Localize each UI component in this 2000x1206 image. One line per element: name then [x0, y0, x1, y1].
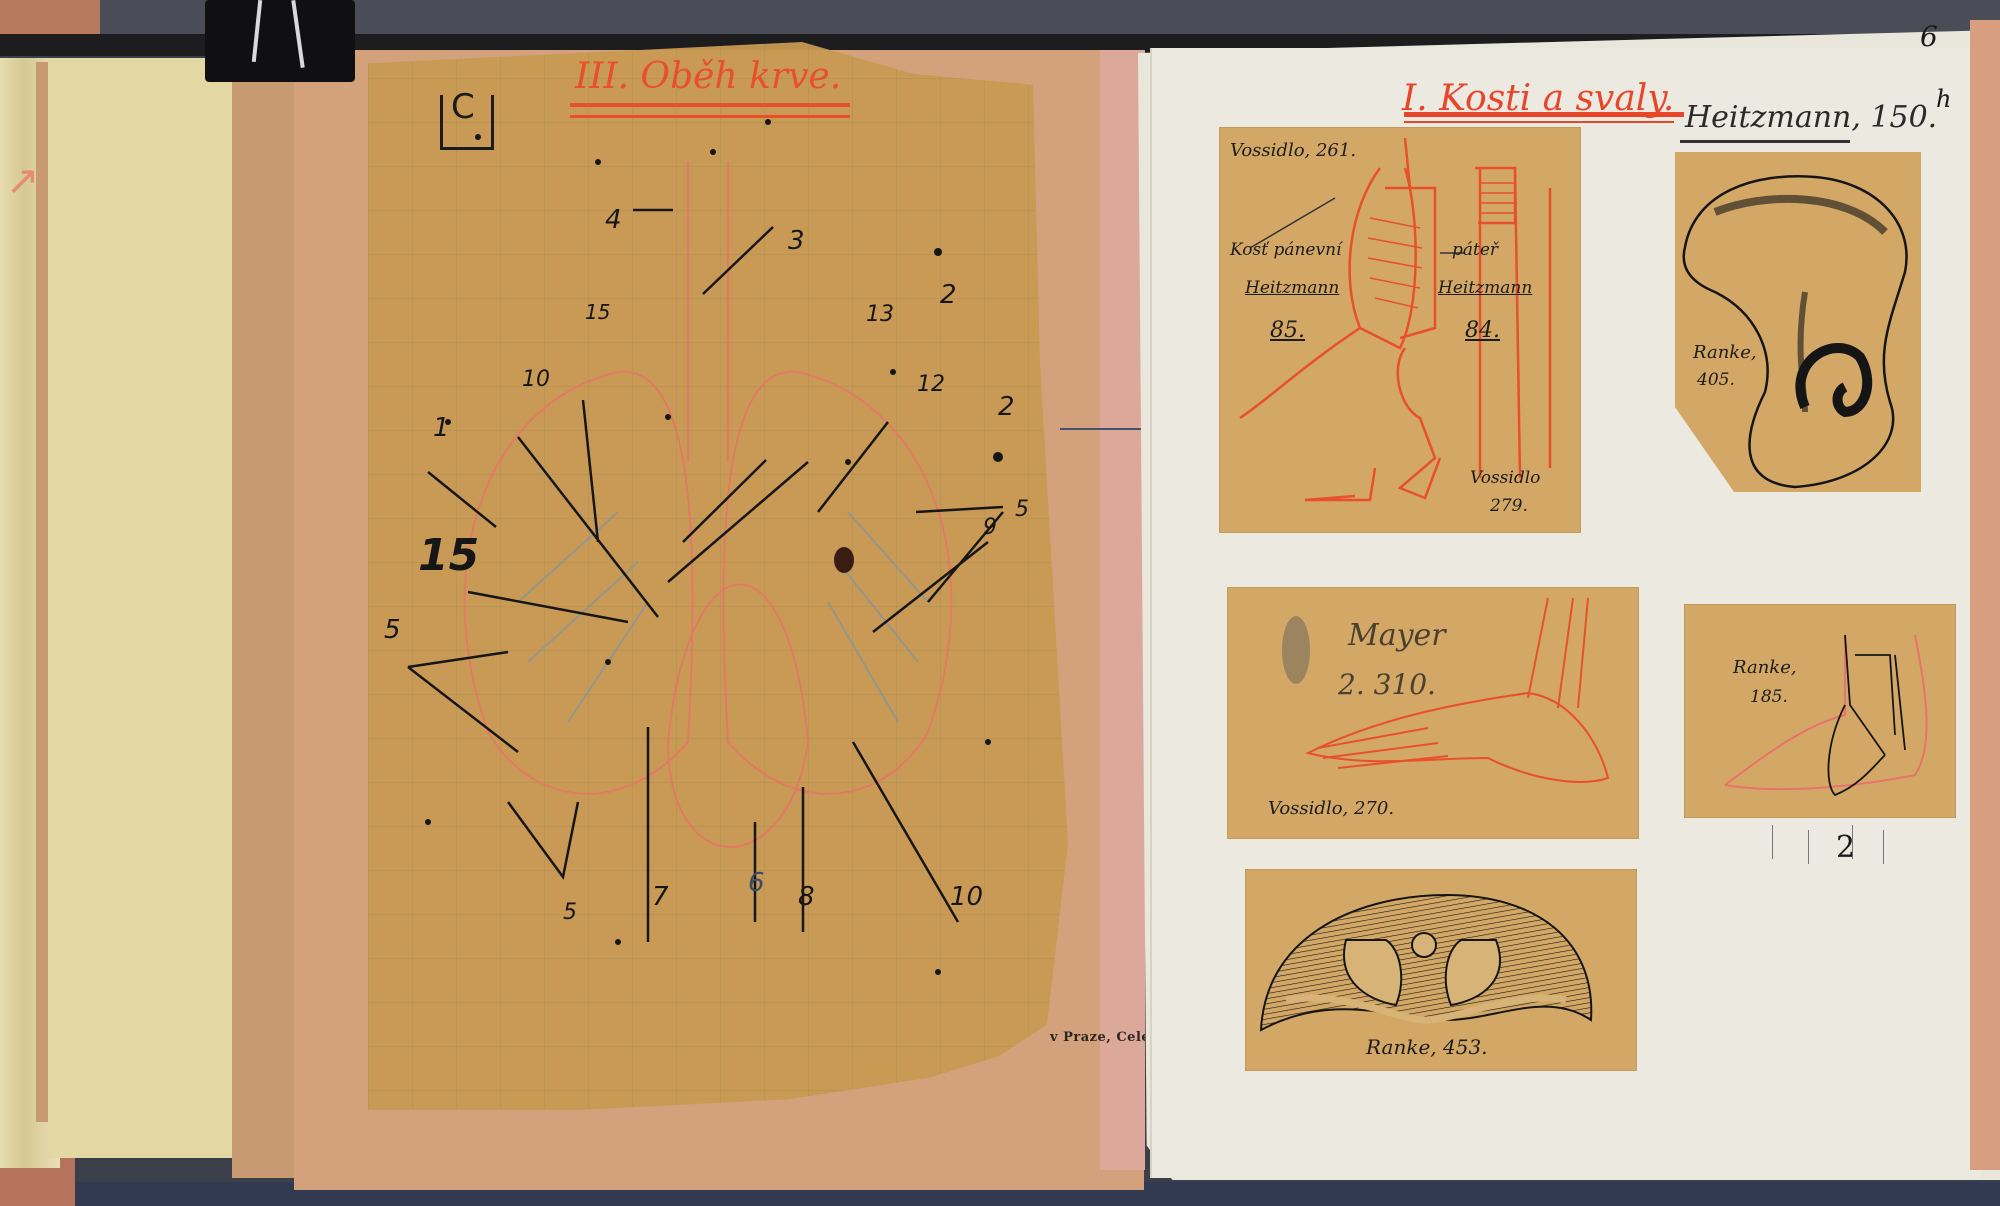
cream-page — [48, 58, 238, 1158]
card-foot-ranke: Ranke, 185. — [1685, 605, 1955, 817]
next-page-edge — [1970, 20, 2000, 1170]
card-label: Heitzmann — [1245, 278, 1339, 298]
callout-label: 4 — [605, 205, 622, 235]
kraft-flap — [232, 60, 296, 1178]
foot-bones-drawing — [1685, 605, 1955, 817]
callout-label: 10 — [522, 367, 550, 392]
card-label: 84. — [1465, 318, 1500, 343]
header-reference: Heitzmann, 150. — [1685, 100, 1937, 135]
callout-label: 10 — [950, 882, 983, 912]
kraft-page-gutter — [1100, 50, 1145, 1170]
card-label: Mayer — [1348, 618, 1446, 653]
card-label: 185. — [1750, 687, 1788, 707]
binder-clip — [205, 0, 355, 82]
pencil-tick — [1772, 825, 1773, 859]
card-label: 279. — [1490, 496, 1528, 516]
card-label: Vossidlo, 270. — [1268, 798, 1394, 819]
callout-label: 2 — [998, 392, 1015, 422]
section-letter-box: C — [440, 95, 494, 150]
title-underline — [1404, 112, 1684, 117]
title-underline — [570, 103, 850, 107]
callout-label: 9 — [983, 515, 997, 540]
card-skeleton: Vossidlo, 261. Kosť pánevní Heitzmann 85… — [1220, 128, 1580, 532]
sheet-title: III. Oběh krve. — [575, 56, 841, 97]
plate-number: 2 — [1836, 830, 1855, 865]
wood-surface-top — [0, 0, 100, 34]
title-underline — [1404, 121, 1674, 123]
callout-label: 15 — [585, 300, 610, 324]
callout-label: 1 — [433, 413, 450, 443]
pelvis-drawing — [1675, 152, 1921, 492]
page-number-secondary: h — [1936, 85, 1951, 113]
callout-label: 5 — [384, 615, 401, 645]
reference-underline — [1680, 140, 1850, 143]
red-arrow-mark: ↗ — [6, 158, 40, 204]
card-label: Ranke, — [1693, 342, 1757, 363]
card-label: 2. 310. — [1338, 668, 1436, 701]
callout-label: 13 — [866, 302, 894, 327]
card-label: 405. — [1697, 370, 1735, 390]
page-number: 6 — [1920, 20, 1938, 53]
callout-label: 5 — [563, 900, 577, 925]
card-label: Ranke, 453. — [1366, 1035, 1488, 1059]
callout-label: 3 — [788, 226, 805, 256]
card-label: Vossidlo, 261. — [1230, 140, 1356, 161]
card-label: Heitzmann — [1438, 278, 1532, 298]
callout-label: 15 — [418, 530, 479, 581]
callout-label: 5 — [1015, 497, 1029, 522]
callout-label: 8 — [798, 882, 815, 912]
pencil-tick — [1808, 830, 1809, 864]
card-label: Ranke, — [1733, 657, 1797, 678]
card-thorax-section: Ranke, 453. — [1246, 870, 1636, 1070]
card-label: Vossidlo — [1470, 468, 1540, 488]
callout-label: 6 — [748, 868, 765, 898]
card-pelvis: Ranke, 405. — [1675, 152, 1921, 492]
card-label: Kosť pánevní — [1230, 240, 1341, 260]
callout-label: 2 — [940, 280, 957, 310]
callout-label: 7 — [652, 882, 669, 912]
callout-label: 12 — [917, 372, 945, 397]
pencil-tick — [1883, 830, 1884, 864]
card-label: 85. — [1270, 318, 1305, 343]
section-letter: C — [451, 87, 475, 127]
gutter-line — [1060, 428, 1145, 430]
card-foot-mayer: Mayer 2. 310. Vossidlo, 270. — [1228, 588, 1638, 838]
title-underline — [570, 115, 850, 118]
card-label: páteř — [1452, 240, 1498, 260]
